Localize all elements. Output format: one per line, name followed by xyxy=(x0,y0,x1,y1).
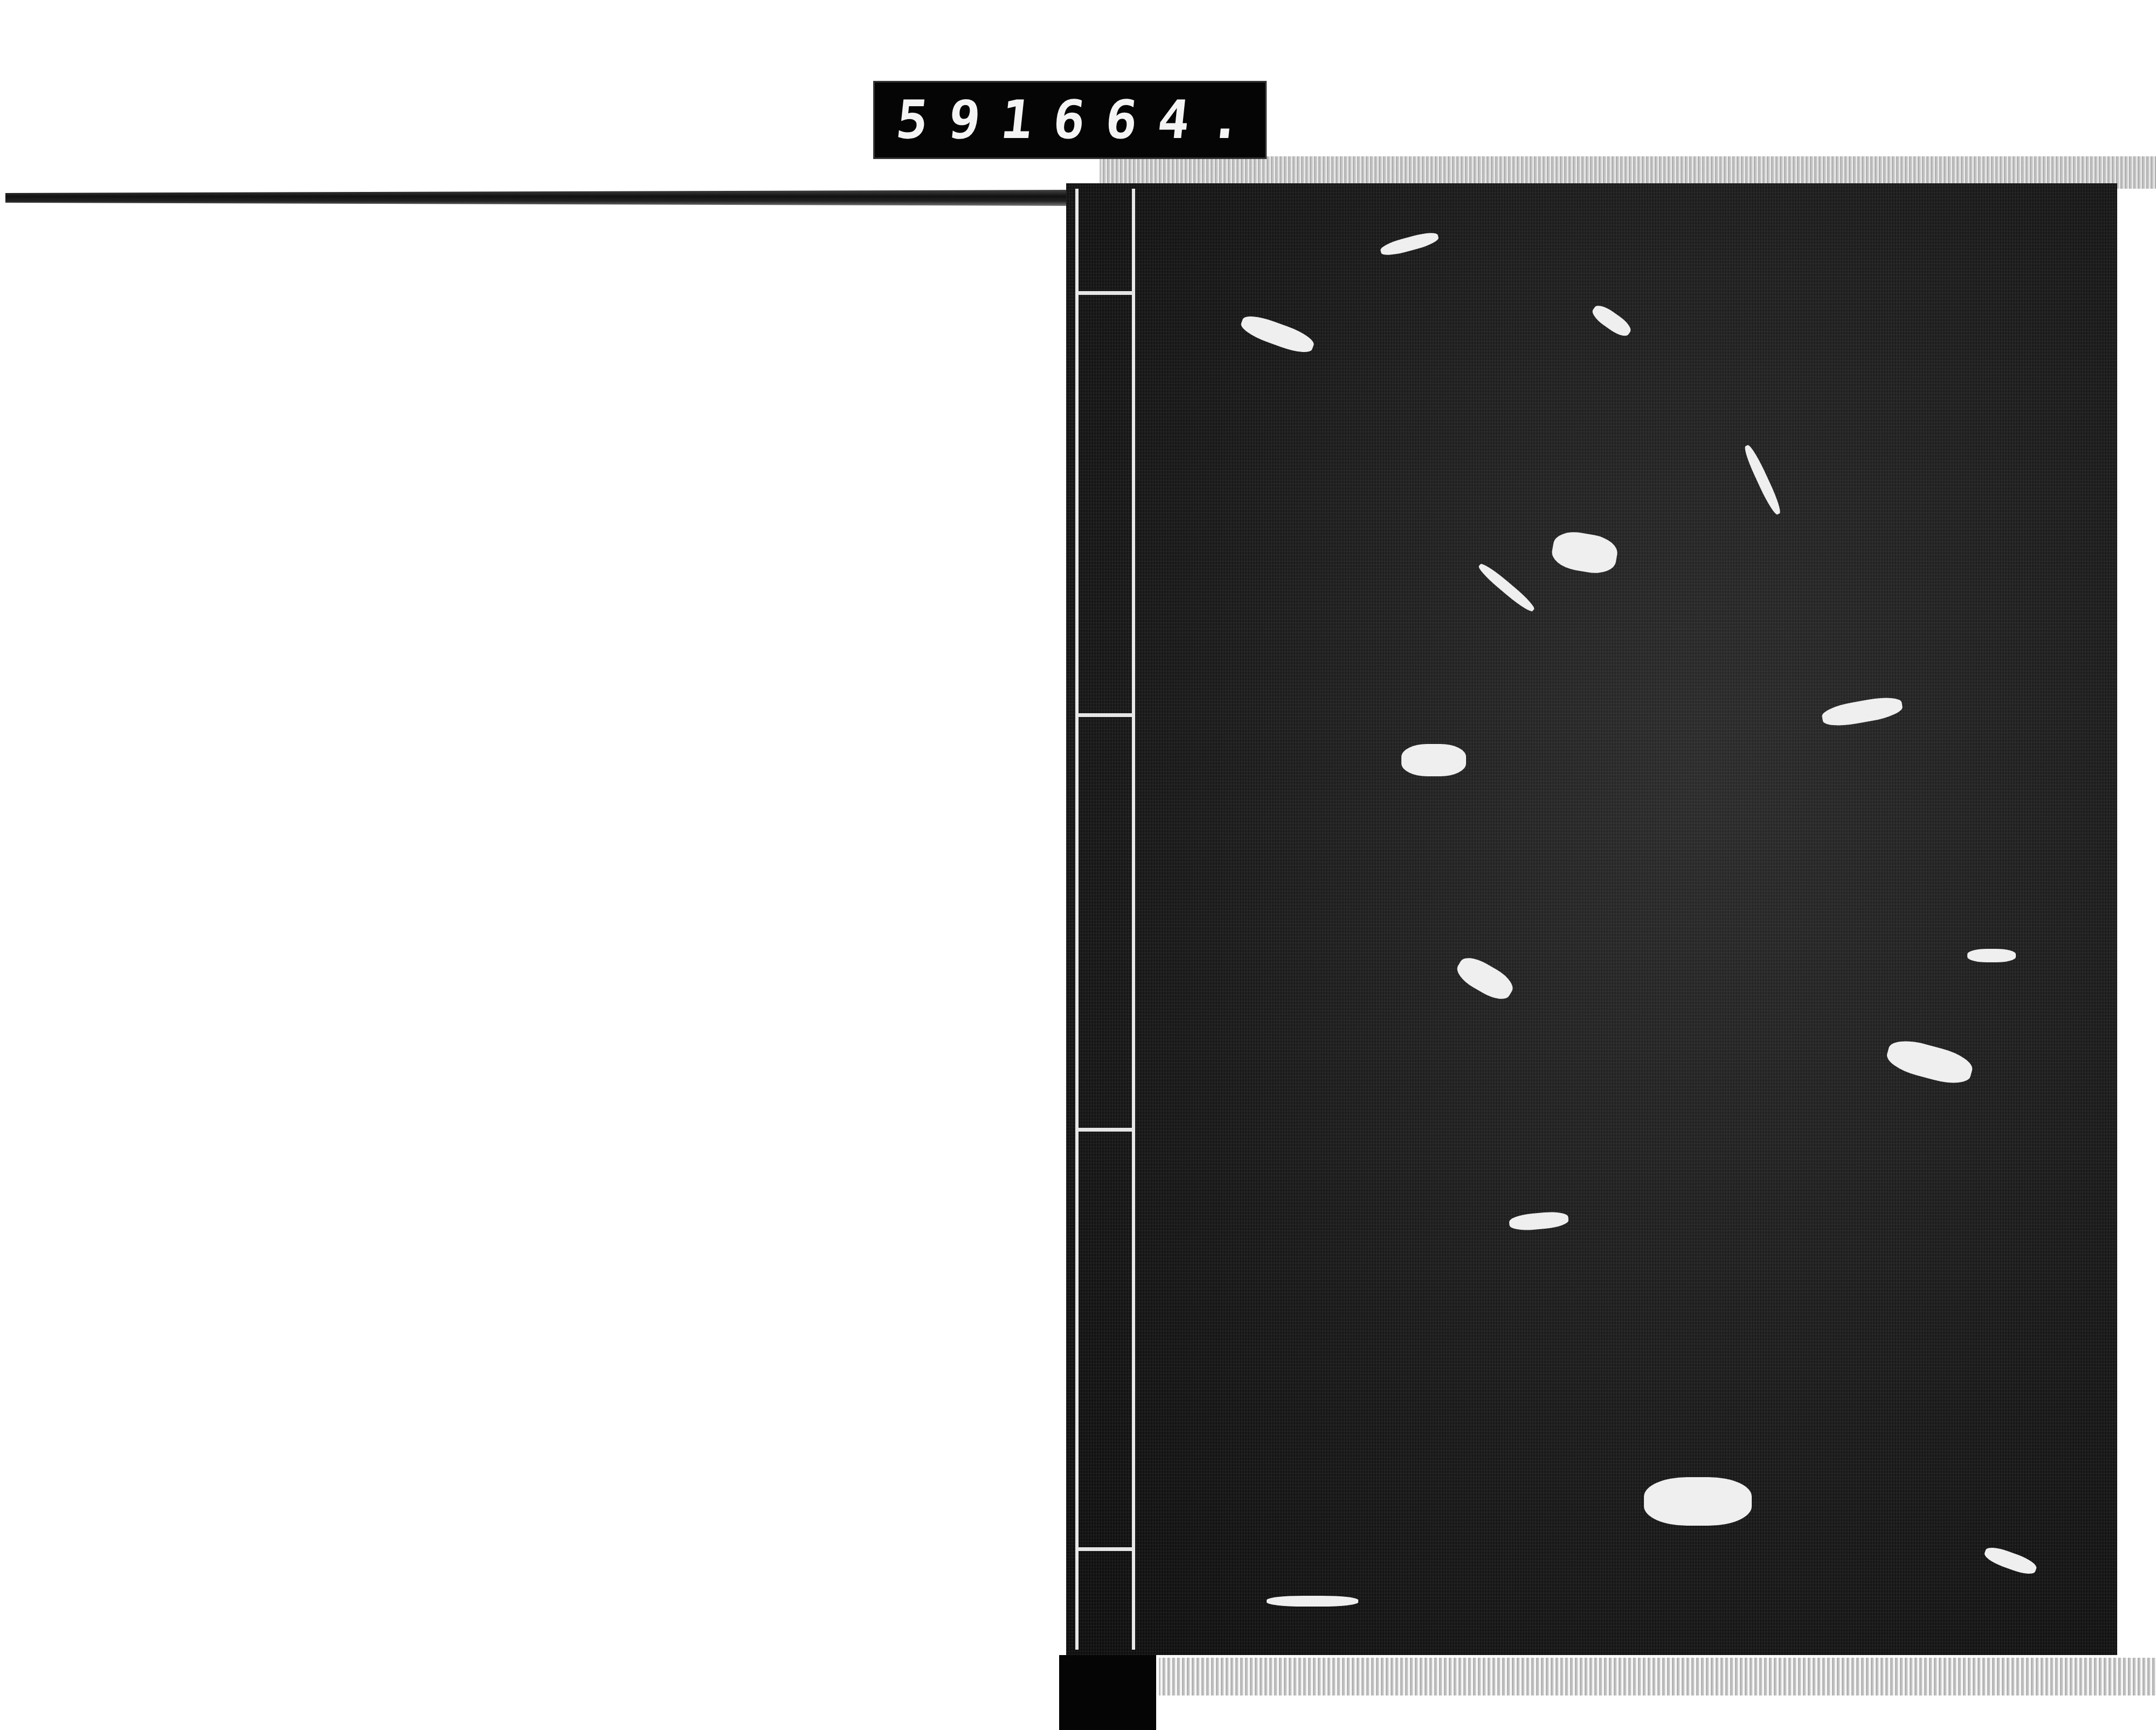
binding-line xyxy=(1132,189,1135,1650)
scan-noise-bottom xyxy=(1159,1658,2156,1695)
damage-mark xyxy=(1267,1596,1358,1607)
binding-stitch xyxy=(1078,1547,1135,1551)
reel-number-right: 664. xyxy=(1050,89,1266,151)
damage-mark xyxy=(1967,949,2016,962)
binding-stitch xyxy=(1078,713,1135,717)
film-edge-rule xyxy=(5,190,1078,206)
reel-number-left: 591 xyxy=(893,89,1056,151)
film-edge-block xyxy=(1059,1655,1156,1730)
damage-mark xyxy=(1644,1477,1752,1526)
binding-stitch xyxy=(1078,1128,1135,1132)
binding-stitch xyxy=(1078,291,1135,295)
damage-mark xyxy=(1401,744,1466,776)
reel-number-label: 591 664. xyxy=(873,81,1267,159)
spine-edge-line xyxy=(1075,189,1079,1650)
book-cover xyxy=(1066,183,2117,1655)
